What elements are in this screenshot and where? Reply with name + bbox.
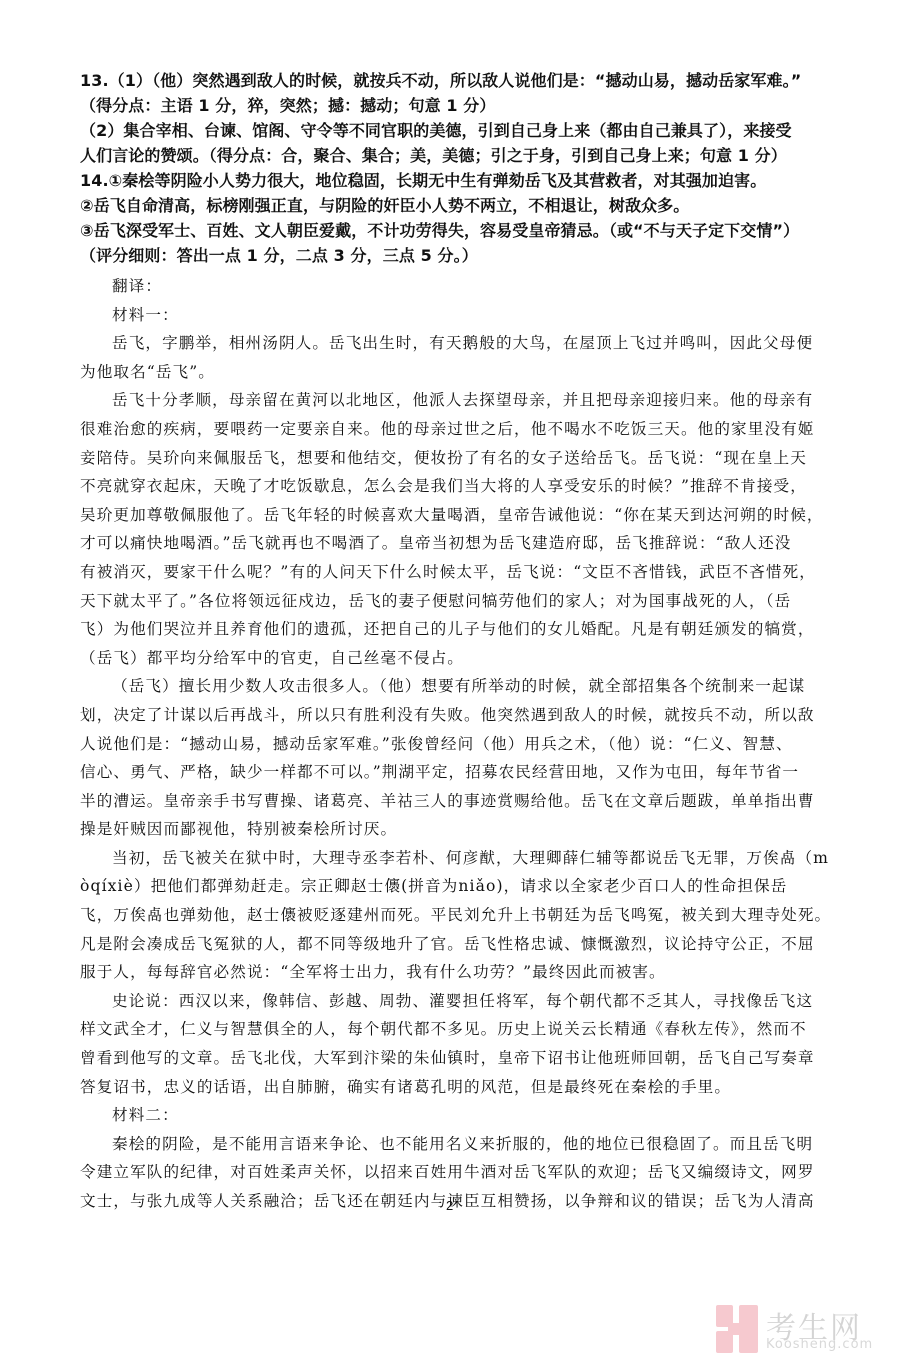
paragraph-line: 飞，万俟卨也弹劾他，赵士㒟被贬逐建州而死。平民刘允升上书朝廷为岳飞鸣冤，被关到大…	[80, 901, 840, 930]
answer-section: 13.（1）（他）突然遇到敌人的时候，就按兵不动，所以敌人说他们是：“撼动山易，…	[80, 70, 840, 266]
paragraph-line: 半的漕运。皇帝亲手书写曹操、诸葛亮、羊祜三人的事迹赏赐给他。岳飞在文章后题跋，单…	[80, 787, 840, 816]
material2-label: 材料二：	[80, 1101, 840, 1130]
q13-part2-line2: 人们言论的赞颂。（得分点：合，聚合、集合；美，美德；引之于身，引到自己身上来；句…	[80, 145, 840, 166]
paragraph-line: 有被消灭，要家干什么呢？”有的人问天下什么时候太平，岳飞说：“文臣不吝惜钱，武臣…	[80, 558, 840, 587]
paragraph-line: 样文武全才，仁义与智慧俱全的人，每个朝代都不多见。历史上说关云长精通《春秋左传》…	[80, 1015, 840, 1044]
paragraph-line: （岳飞）都平均分给军中的官吏，自己丝毫不侵占。	[80, 644, 840, 673]
translation-heading: 翻译：	[80, 272, 840, 301]
q13-part2-line1: （2）集合宰相、台谏、馆阁、守令等不同官职的美德，引到自己身上来（都由自己兼具了…	[80, 120, 840, 141]
material1-body: 岳飞，字鹏举，相州汤阴人。岳飞出生时，有天鹅般的大鸟，在屋顶上飞过并鸣叫，因此父…	[80, 329, 840, 1101]
document-page: 13.（1）（他）突然遇到敌人的时候，就按兵不动，所以敌人说他们是：“撼动山易，…	[80, 70, 840, 1216]
paragraph-line: òqíxiè）把他们都弹劾赶走。宗正卿赵士㒟(拼音为niǎo)，请求以全家老少百…	[80, 872, 840, 901]
paragraph-line: 划，决定了计谋以后再战斗，所以只有胜利没有失败。他突然遇到敌人的时候，就按兵不动…	[80, 701, 840, 730]
q14-point2: ②岳飞自命清高，标榜刚强正直，与阴险的奸臣小人势不两立，不相退让，树敌众多。	[80, 195, 840, 216]
paragraph-line: 服于人，每每辞官必然说：“全军将士出力，我有什么功劳？”最终因此而被害。	[80, 958, 840, 987]
material1-label: 材料一：	[80, 301, 840, 330]
q14-point1: 14.①秦桧等阴险小人势力很大，地位稳固，长期无中生有弹劾岳飞及其营救者，对其强…	[80, 170, 840, 191]
page-number: 2	[446, 1198, 453, 1213]
paragraph-line: 不亮就穿衣起床，天晚了才吃饭歇息，怎么会是我们当大将的人享受安乐的时候？”推辞不…	[80, 472, 840, 501]
paragraph-line: 天下就太平了。”各位将领远征戍边，岳飞的妻子便慰问犒劳他们的家人；对为国事战死的…	[80, 587, 840, 616]
paragraph-line: （岳飞）擅长用少数人攻击很多人。（他）想要有所举动的时候，就全部招集各个统制来一…	[80, 672, 840, 701]
paragraph-line: 曾看到他写的文章。岳飞北伐，大军到汴梁的朱仙镇时，皇帝下诏书让他班师回朝，岳飞自…	[80, 1044, 840, 1073]
paragraph-line: 吴玠更加尊敬佩服他了。岳飞年轻的时候喜欢大量喝酒，皇帝告诫他说：“你在某天到达河…	[80, 501, 840, 530]
translation-section: 翻译： 材料一： 岳飞，字鹏举，相州汤阴人。岳飞出生时，有天鹅般的大鸟，在屋顶上…	[80, 272, 840, 1216]
paragraph-line: 为他取名“岳飞”。	[80, 358, 840, 387]
paragraph-line: 才可以痛快地喝酒。”岳飞就再也不喝酒了。皇帝当初想为岳飞建造府邸，岳飞推辞说：“…	[80, 529, 840, 558]
watermark-en-text: Koosheng.com	[766, 1337, 873, 1352]
paragraph-line: 很难治愈的疾病，要喂药一定要亲自来。他的母亲过世之后，他不喝水不吃饭三天。他的家…	[80, 415, 840, 444]
paragraph-line: 操是奸贼因而鄙视他，特别被秦桧所讨厌。	[80, 815, 840, 844]
paragraph-line: 飞）为他们哭泣并且养育他们的遗孤，还把自己的儿子与他们的女儿婚配。凡是有朝廷颁发…	[80, 615, 840, 644]
paragraph-line: 人说他们是：“撼动山易，撼动岳家军难。”张俊曾经问（他）用兵之术，（他）说：“仁…	[80, 730, 840, 759]
paragraph-line: 岳飞，字鹏举，相州汤阴人。岳飞出生时，有天鹅般的大鸟，在屋顶上飞过并鸣叫，因此父…	[80, 329, 840, 358]
paragraph-line: 史论说：西汉以来，像韩信、彭越、周勃、灌婴担任将军，每个朝代都不乏其人，寻找像岳…	[80, 987, 840, 1016]
paragraph-line: 岳飞十分孝顺，母亲留在黄河以北地区，他派人去探望母亲，并且把母亲迎接归来。他的母…	[80, 386, 840, 415]
paragraph-line: 妾陪侍。吴玠向来佩服岳飞，想要和他结交，便妆扮了有名的女子送给岳飞。岳飞说：“现…	[80, 444, 840, 473]
paragraph-line: 信心、勇气、严格，缺少一样都不可以。”荆湖平定，招募农民经营田地，又作为屯田，每…	[80, 758, 840, 787]
q14-point3: ③岳飞深受军士、百姓、文人朝臣爱戴，不计功劳得失，容易受皇帝猜忌。（或“不与天子…	[80, 220, 840, 241]
paragraph-line: 秦桧的阴险，是不能用言语来争论、也不能用名义来折服的，他的地位已很稳固了。而且岳…	[80, 1130, 840, 1159]
paragraph-line: 答复诏书，忠义的话语，出自肺腑，确实有诸葛孔明的风范，但是最终死在秦桧的手里。	[80, 1073, 840, 1102]
material2-body: 秦桧的阴险，是不能用言语来争论、也不能用名义来折服的，他的地位已很稳固了。而且岳…	[80, 1130, 840, 1216]
q14-scoring: （评分细则：答出一点 1 分，二点 3 分，三点 5 分。）	[80, 245, 840, 266]
paragraph-line: 令建立军队的纪律，对百姓柔声关怀，以招来百姓用牛酒对岳飞军队的欢迎；岳飞又编缀诗…	[80, 1158, 840, 1187]
q13-part1-scoring: （得分点：主语 1 分，猝，突然；撼：撼动；句意 1 分）	[80, 95, 840, 116]
koosheng-logo-icon	[716, 1305, 758, 1353]
paragraph-line: 凡是附会凑成岳飞冤狱的人，都不同等级地升了官。岳飞性格忠诚、慷慨激烈，议论持守公…	[80, 930, 840, 959]
watermark: 考生网 Koosheng.com	[716, 1305, 896, 1355]
paragraph-line: 文士，与张九成等人关系融洽；岳飞还在朝廷内与谏臣互相赞扬，以争辩和议的错误；岳飞…	[80, 1187, 840, 1216]
paragraph-line: 当初，岳飞被关在狱中时，大理寺丞李若朴、何彦猷，大理卿薛仁辅等都说岳飞无罪，万俟…	[80, 844, 840, 873]
q13-part1: 13.（1）（他）突然遇到敌人的时候，就按兵不动，所以敌人说他们是：“撼动山易，…	[80, 70, 840, 91]
